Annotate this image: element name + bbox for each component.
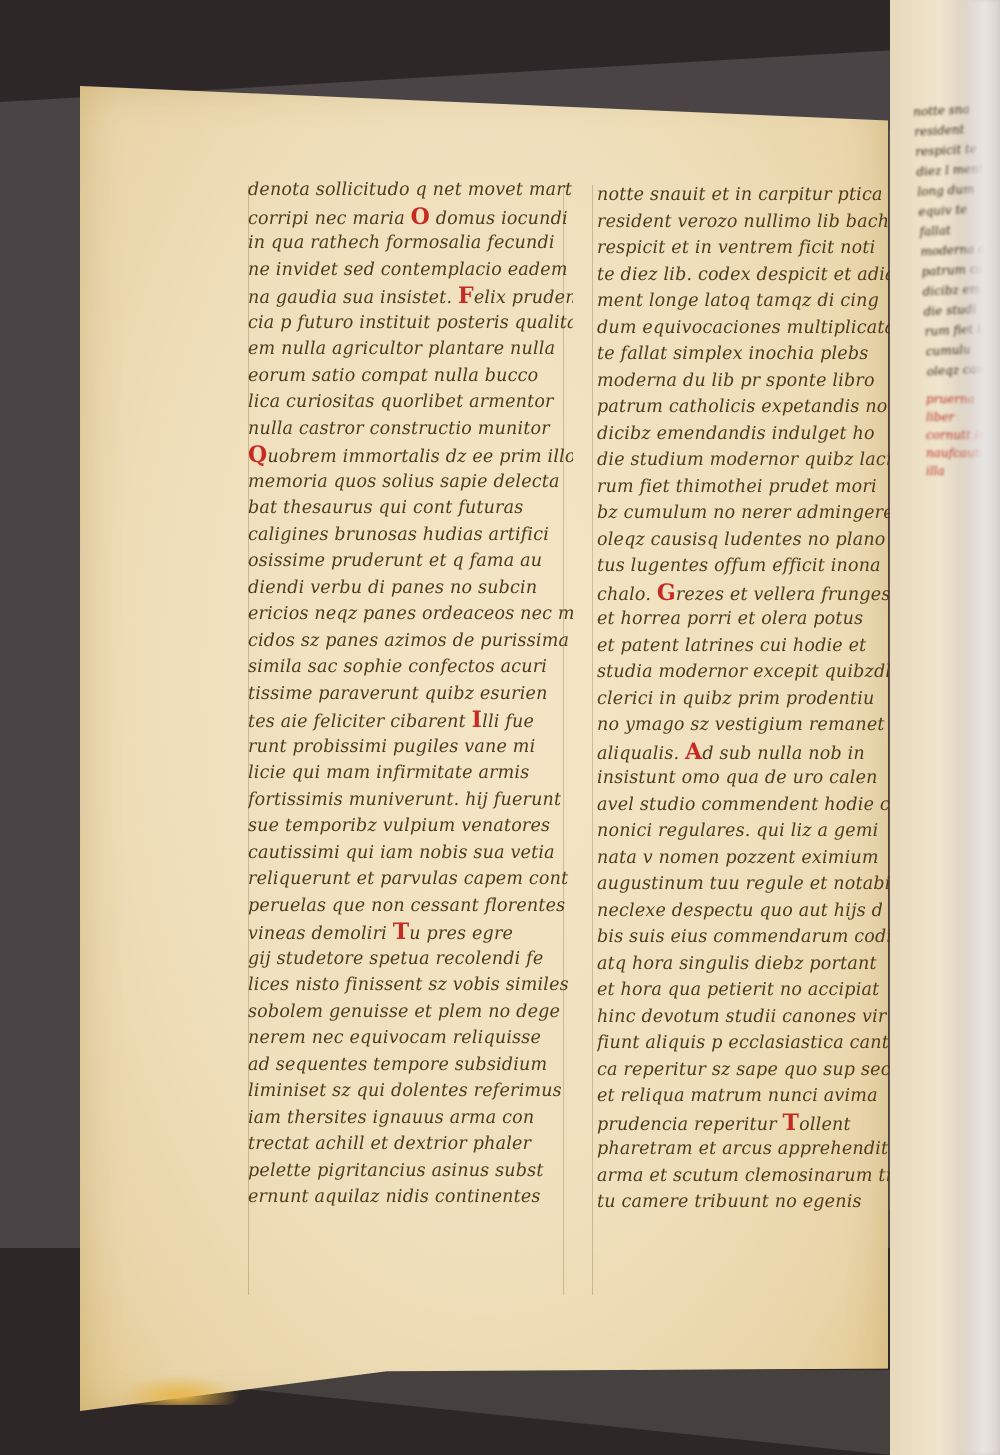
manuscript-line: lices nisto finissent sz vobis similes	[248, 972, 573, 999]
manuscript-line: respicit et in ventrem ficit noti	[597, 235, 909, 262]
parchment-stain	[120, 1375, 240, 1405]
manuscript-line: prudencia reperitur Tollent	[597, 1110, 909, 1137]
manuscript-line: nata v nomen pozzent eximium	[597, 845, 909, 872]
manuscript-line: fortissimis muniverunt. hij fuerunt	[248, 787, 573, 814]
manuscript-line: no ymago sz vestigium remanet	[597, 712, 909, 739]
manuscript-line: avel studio commendent hodie ca	[597, 792, 909, 819]
manuscript-line: tus lugentes offum efficit inona	[597, 553, 909, 580]
manuscript-line: tissime paraverunt quibz esurien	[248, 681, 573, 708]
manuscript-line: patrum catholicis expetandis no co	[597, 394, 909, 421]
manuscript-line: tes aie feliciter cibarent Illi fue	[248, 707, 573, 734]
manuscript-line: resident verozo nullimo lib bachus	[597, 209, 909, 236]
manuscript-line: iam thersites ignauus arma con	[248, 1105, 573, 1132]
manuscript-line: gij studetore spetua recolendi fe	[248, 946, 573, 973]
manuscript-line: reliquerunt et parvulas capem cont	[248, 866, 573, 893]
manuscript-line: studia modernor excepit quibzdl	[597, 659, 909, 686]
right-text-column: notte snauit et in carpitur pticaresiden…	[597, 182, 909, 1216]
manuscript-line: dicibz emendandis indulget ho	[597, 421, 909, 448]
rubricated-initial: Q	[248, 442, 267, 468]
manuscript-line: rum fiet thimothei prudet mori	[597, 474, 909, 501]
manuscript-line: osissime pruderunt et q fama au	[248, 548, 573, 575]
manuscript-line: ne invidet sed contemplacio eadem	[248, 257, 573, 284]
rubricated-initial: O	[411, 204, 430, 230]
manuscript-line: et patent latrines cui hodie et	[597, 633, 909, 660]
manuscript-line: cautissimi qui iam nobis sua vetia	[248, 840, 573, 867]
manuscript-line: bz cumulum no nerer admingere	[597, 500, 909, 527]
manuscript-line: bat thesaurus qui cont futuras	[248, 495, 573, 522]
rubricated-initial: G	[657, 580, 676, 606]
rubricated-initial: T	[393, 919, 410, 945]
manuscript-line: te fallat simplex inochia plebs	[597, 341, 909, 368]
manuscript-line: pelette pigritancius asinus subst	[248, 1158, 573, 1185]
manuscript-line: et reliqua matrum nunci avima	[597, 1083, 909, 1110]
manuscript-line: ad sequentes tempore subsidium	[248, 1052, 573, 1079]
manuscript-line: cidos sz panes azimos de purissima	[248, 628, 573, 655]
manuscript-line: insistunt omo qua de uro calen	[597, 765, 909, 792]
manuscript-line: et horrea porri et olera potus	[597, 606, 909, 633]
manuscript-line: et hora qua petierit no accipiat	[597, 977, 909, 1004]
manuscript-line: notte snauit et in carpitur ptica	[597, 182, 909, 209]
manuscript-line: denota sollicitudo q net movet martha	[248, 177, 573, 204]
manuscript-line: lica curiositas quorlibet armentor	[248, 389, 573, 416]
manuscript-line: licie qui mam infirmitate armis	[248, 760, 573, 787]
manuscript-line: memoria quos solius sapie delecta	[248, 469, 573, 496]
manuscript-line: trectat achill et dextrior phaler	[248, 1131, 573, 1158]
rubricated-initial: F	[458, 283, 474, 309]
manuscript-line: cia p futuro instituit posteris qualita	[248, 310, 573, 337]
manuscript-line: Quobrem immortalis dz ee prim illor	[248, 442, 573, 469]
manuscript-line: sobolem genuisse et plem no dege	[248, 999, 573, 1026]
manuscript-line: peruelas que non cessant florentes	[248, 893, 573, 920]
manuscript-line: corripi nec maria O domus iocundi	[248, 204, 573, 231]
manuscript-line: neclexe despectu quo aut hijs d	[597, 898, 909, 925]
page-edge-blur	[960, 0, 1000, 1455]
manuscript-line: arma et scutum clemosinarum tribu	[597, 1163, 909, 1190]
ruling-line-right-inner	[592, 185, 593, 1295]
manuscript-line: ca reperitur sz sape quo sup secti	[597, 1057, 909, 1084]
manuscript-line: diendi verbu di panes no subcin	[248, 575, 573, 602]
manuscript-line: aliqualis. Ad sub nulla nob in	[597, 739, 909, 766]
manuscript-line: ericios neqz panes ordeaceos nec mis	[248, 601, 573, 628]
manuscript-line: atq hora singulis diebz portant	[597, 951, 909, 978]
manuscript-line: liminiset sz qui dolentes referimus	[248, 1078, 573, 1105]
manuscript-line: die studium modernor quibz lacrima	[597, 447, 909, 474]
left-text-column: denota sollicitudo q net movet marthacor…	[248, 177, 573, 1211]
manuscript-line: dum equivocaciones multiplicata	[597, 315, 909, 342]
rubricated-initial: T	[783, 1110, 800, 1136]
manuscript-line: na gaudia sua insistet. Felix pruden	[248, 283, 573, 310]
manuscript-line: oleqz causisq ludentes no plano	[597, 527, 909, 554]
rubricated-initial: I	[472, 707, 483, 733]
manuscript-line: nulla castror constructio munitor	[248, 416, 573, 443]
manuscript-line: te diez lib. codex despicit et adiac	[597, 262, 909, 289]
manuscript-line: sue temporibz vulpium venatores	[248, 813, 573, 840]
manuscript-line: bis suis eius commendarum codices	[597, 924, 909, 951]
manuscript-line: eorum satio compat nulla bucco	[248, 363, 573, 390]
manuscript-line: ment longe latoq tamqz di cing	[597, 288, 909, 315]
manuscript-line: hinc devotum studii canones vir ob	[597, 1004, 909, 1031]
manuscript-line: simila sac sophie confectos acuri	[248, 654, 573, 681]
manuscript-line: augustinum tuu regule et notabile	[597, 871, 909, 898]
rubricated-initial: A	[685, 739, 702, 765]
manuscript-line: in qua rathech formosalia fecundi	[248, 230, 573, 257]
manuscript-line: fiunt aliquis p ecclasiastica canti	[597, 1030, 909, 1057]
manuscript-line: vineas demoliri Tu pres egre	[248, 919, 573, 946]
manuscript-line: nonici regulares. qui liz a gemi	[597, 818, 909, 845]
manuscript-line: ernunt aquilaz nidis continentes	[248, 1184, 573, 1211]
manuscript-line: em nulla agricultor plantare nulla	[248, 336, 573, 363]
manuscript-line: tu camere tribuunt no egenis	[597, 1189, 909, 1216]
manuscript-line: caligines brunosas hudias artifici	[248, 522, 573, 549]
manuscript-line: moderna du lib pr sponte libro	[597, 368, 909, 395]
manuscript-line: pharetram et arcus apprehendit	[597, 1136, 909, 1163]
manuscript-line: runt probissimi pugiles vane mi	[248, 734, 573, 761]
manuscript-line: nerem nec equivocam reliquisse	[248, 1025, 573, 1052]
manuscript-line: clerici in quibz prim prodentiu	[597, 686, 909, 713]
manuscript-line: chalo. Grezes et vellera frunges	[597, 580, 909, 607]
